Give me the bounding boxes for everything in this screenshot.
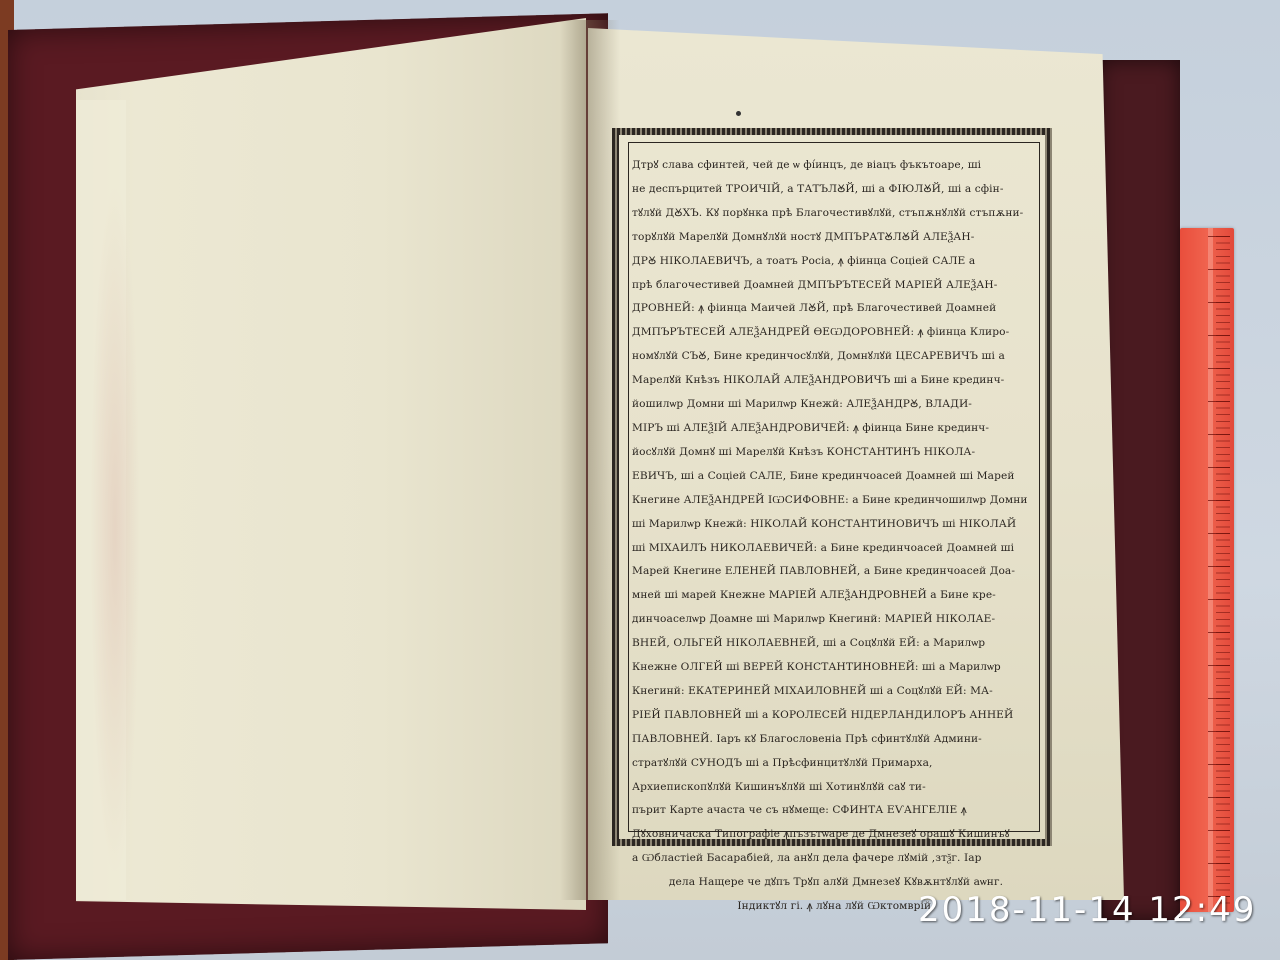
text-line: ДМПЪРЪТЕСЕЙ АЛЕѮАНДРЕЙ ѲЕѠДОРОВНЕЙ: ꙟ фі… (632, 321, 1040, 345)
text-line: прѣ благочестивей Доамней ДМПЪРЪТЕСЕЙ МА… (632, 274, 1040, 298)
text-line: йошилѡр Домни ші Марилѡр Кнежй: АЛЕѮАНДР… (632, 393, 1040, 417)
text-line: ПАВЛОВНЕЙ. Іаръ кꙋ Благословеніа Прѣ сфи… (632, 728, 1040, 752)
text-line: а Ѡбластіей Басарабіей, ла анꙋл дела фач… (632, 847, 1040, 871)
page-mark (736, 111, 741, 116)
blank-left-page (76, 18, 586, 910)
text-line: РІЕЙ ПАВЛОВНЕЙ ші а КОРОЛЕСЕЙ НІДЕРЛАНДИ… (632, 704, 1040, 728)
red-ruler (1180, 228, 1234, 912)
text-line: ші Марилѡр Кнежй: НІКОЛАЙ КОНСТАНТИНОВИЧ… (632, 513, 1040, 537)
text-line: Дꙋховничаска Типографіе ꙟпъзътѡаре де Дм… (632, 823, 1040, 847)
text-line: ЕВИЧЪ, ші а Соціей САЛЕ, Бине крединчоас… (632, 465, 1040, 489)
book-gutter (560, 20, 620, 900)
text-line: Архиепископꙋлꙋй Кишинъꙋлꙋй ші Хотинꙋлꙋй … (632, 776, 1040, 800)
text-line: ші МІХАИЛЪ НИКОЛАЕВИЧЕЙ: а Бине крединчо… (632, 537, 1040, 561)
text-line: Марей Кнегине ЕЛЕНЕЙ ПАВЛОВНЕЙ, а Бине к… (632, 560, 1040, 584)
text-line: Кнежне ОЛГЕЙ ші ВЕРЕЙ КОНСТАНТИНОВНЕЙ: ш… (632, 656, 1040, 680)
text-line: тꙋлꙋй ДꙊХЪ. Кꙋ порꙋнка прѣ Благочестивꙋл… (632, 202, 1040, 226)
text-line: торꙋлꙋй Марелꙋй Домнꙋлꙋй ностꙋ ДМПЪРАТꙊЛ… (632, 226, 1040, 250)
text-line: стратꙋлꙋй СУНОДЪ ші а Прѣсфинцитꙋлꙋй При… (632, 752, 1040, 776)
text-line: ДРꙊ НІКОЛАЕВИЧЪ, а тоатъ Росіа, ꙟ фіинца… (632, 250, 1040, 274)
text-line: йосꙋлꙋй Домнꙋ ші Марелꙋй Кнѣзъ КОНСТАНТИ… (632, 441, 1040, 465)
text-line: Кнегинй: ЕКАТЕРИНЕЙ МІХАИЛОВНЕЙ ші а Соц… (632, 680, 1040, 704)
text-line: МІРЪ ші АЛЕѮІЙ АЛЕѮАНДРОВИЧЕЙ: ꙟ фіинца … (632, 417, 1040, 441)
text-line: пърит Карте ачаста че съ нꙋмеще: СФИНТА … (632, 799, 1040, 823)
text-line: мней ші марей Кнежне МАРІЕЙ АЛЕѮАНДРОВНЕ… (632, 584, 1040, 608)
text-line: не деспърцитей ТРОИЧІЙ, а ТАТЪЛꙊЙ, ші а … (632, 178, 1040, 202)
text-line: Марелꙋй Кнѣзъ НІКОЛАЙ АЛЕѮАНДРОВИЧЪ ші а… (632, 369, 1040, 393)
text-line: ДРОВНЕЙ: ꙟ фіинца Маичей ЛꙊЙ, прѣ Благоч… (632, 297, 1040, 321)
left-page-stain (90, 180, 140, 880)
text-line: Дтрꙋ слава сфинтей, чей де ѡ фі́инцъ, де… (632, 154, 1040, 178)
photo-timestamp: 2018-11-14 12:49 (918, 890, 1256, 930)
ruler-major-ticks (1208, 236, 1230, 904)
text-line: Кнегине АЛЕѮАНДРЕЙ ІѠСИФОВНЕ: а Бине кре… (632, 489, 1040, 513)
text-line: динчоаселѡр Доамне ші Марилѡр Кнегинй: М… (632, 608, 1040, 632)
page-text-block: Дтрꙋ слава сфинтей, чей де ѡ фі́инцъ, де… (632, 154, 1040, 919)
text-line: номꙋлꙋй СЪꙊ, Бине крединчосꙋлꙋй, Домнꙋлꙋ… (632, 345, 1040, 369)
text-line: ВНЕЙ, ОЛЬГЕЙ НІКОЛАЕВНЕЙ, ші а Соцꙋлꙋй Е… (632, 632, 1040, 656)
